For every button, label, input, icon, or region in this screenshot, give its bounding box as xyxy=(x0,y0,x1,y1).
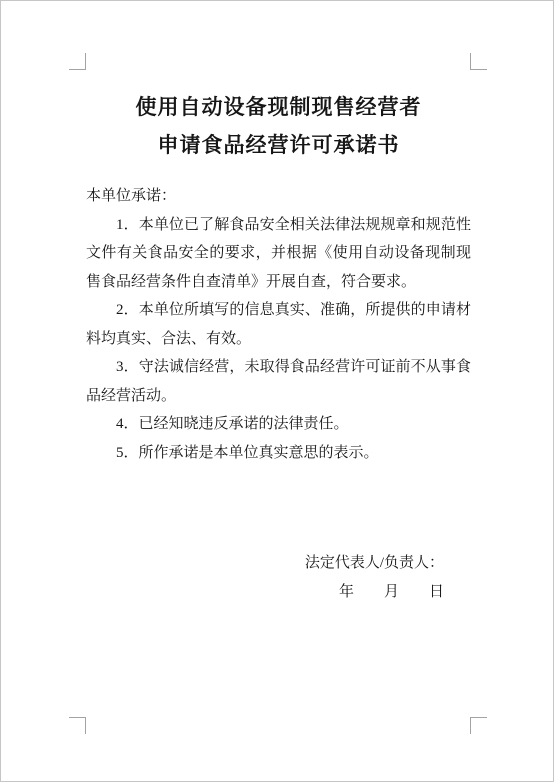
crop-mark-bottom-right-icon xyxy=(470,717,487,734)
salutation: 本单位承诺： xyxy=(86,182,471,211)
document-body: 本单位承诺： 1．本单位已了解食品安全相关法律法规规章和规范性文件有关食品安全的… xyxy=(86,182,471,467)
commitment-item-2: 2．本单位所填写的信息真实、准确，所提供的申请材料均真实、合法、有效。 xyxy=(86,296,471,353)
crop-mark-top-right-icon xyxy=(470,53,487,70)
crop-mark-top-left-icon xyxy=(69,53,86,70)
document-page: { "document": { "title": { "line1": "使用自… xyxy=(0,0,554,782)
signer-label: 法定代表人/负责人： xyxy=(86,549,444,578)
document-title-line-2: 申请食品经营许可承诺书 xyxy=(86,127,471,165)
document-title: 使用自动设备现制现售经营者 申请食品经营许可承诺书 xyxy=(86,89,471,165)
crop-mark-bottom-left-icon xyxy=(69,717,86,734)
commitment-item-1: 1．本单位已了解食品安全相关法律法规规章和规范性文件有关食品安全的要求，并根据《… xyxy=(86,211,471,297)
commitment-item-4: 4．已经知晓违反承诺的法律责任。 xyxy=(86,410,471,439)
date-line: 年 月 日 xyxy=(86,578,444,607)
signature-block: 法定代表人/负责人： 年 月 日 xyxy=(86,549,471,606)
commitment-item-3: 3．守法诚信经营，未取得食品经营许可证前不从事食品经营活动。 xyxy=(86,353,471,410)
document-title-line-1: 使用自动设备现制现售经营者 xyxy=(86,89,471,127)
page-content: 使用自动设备现制现售经营者 申请食品经营许可承诺书 本单位承诺： 1．本单位已了… xyxy=(86,1,471,606)
commitment-item-5: 5．所作承诺是本单位真实意思的表示。 xyxy=(86,439,471,468)
